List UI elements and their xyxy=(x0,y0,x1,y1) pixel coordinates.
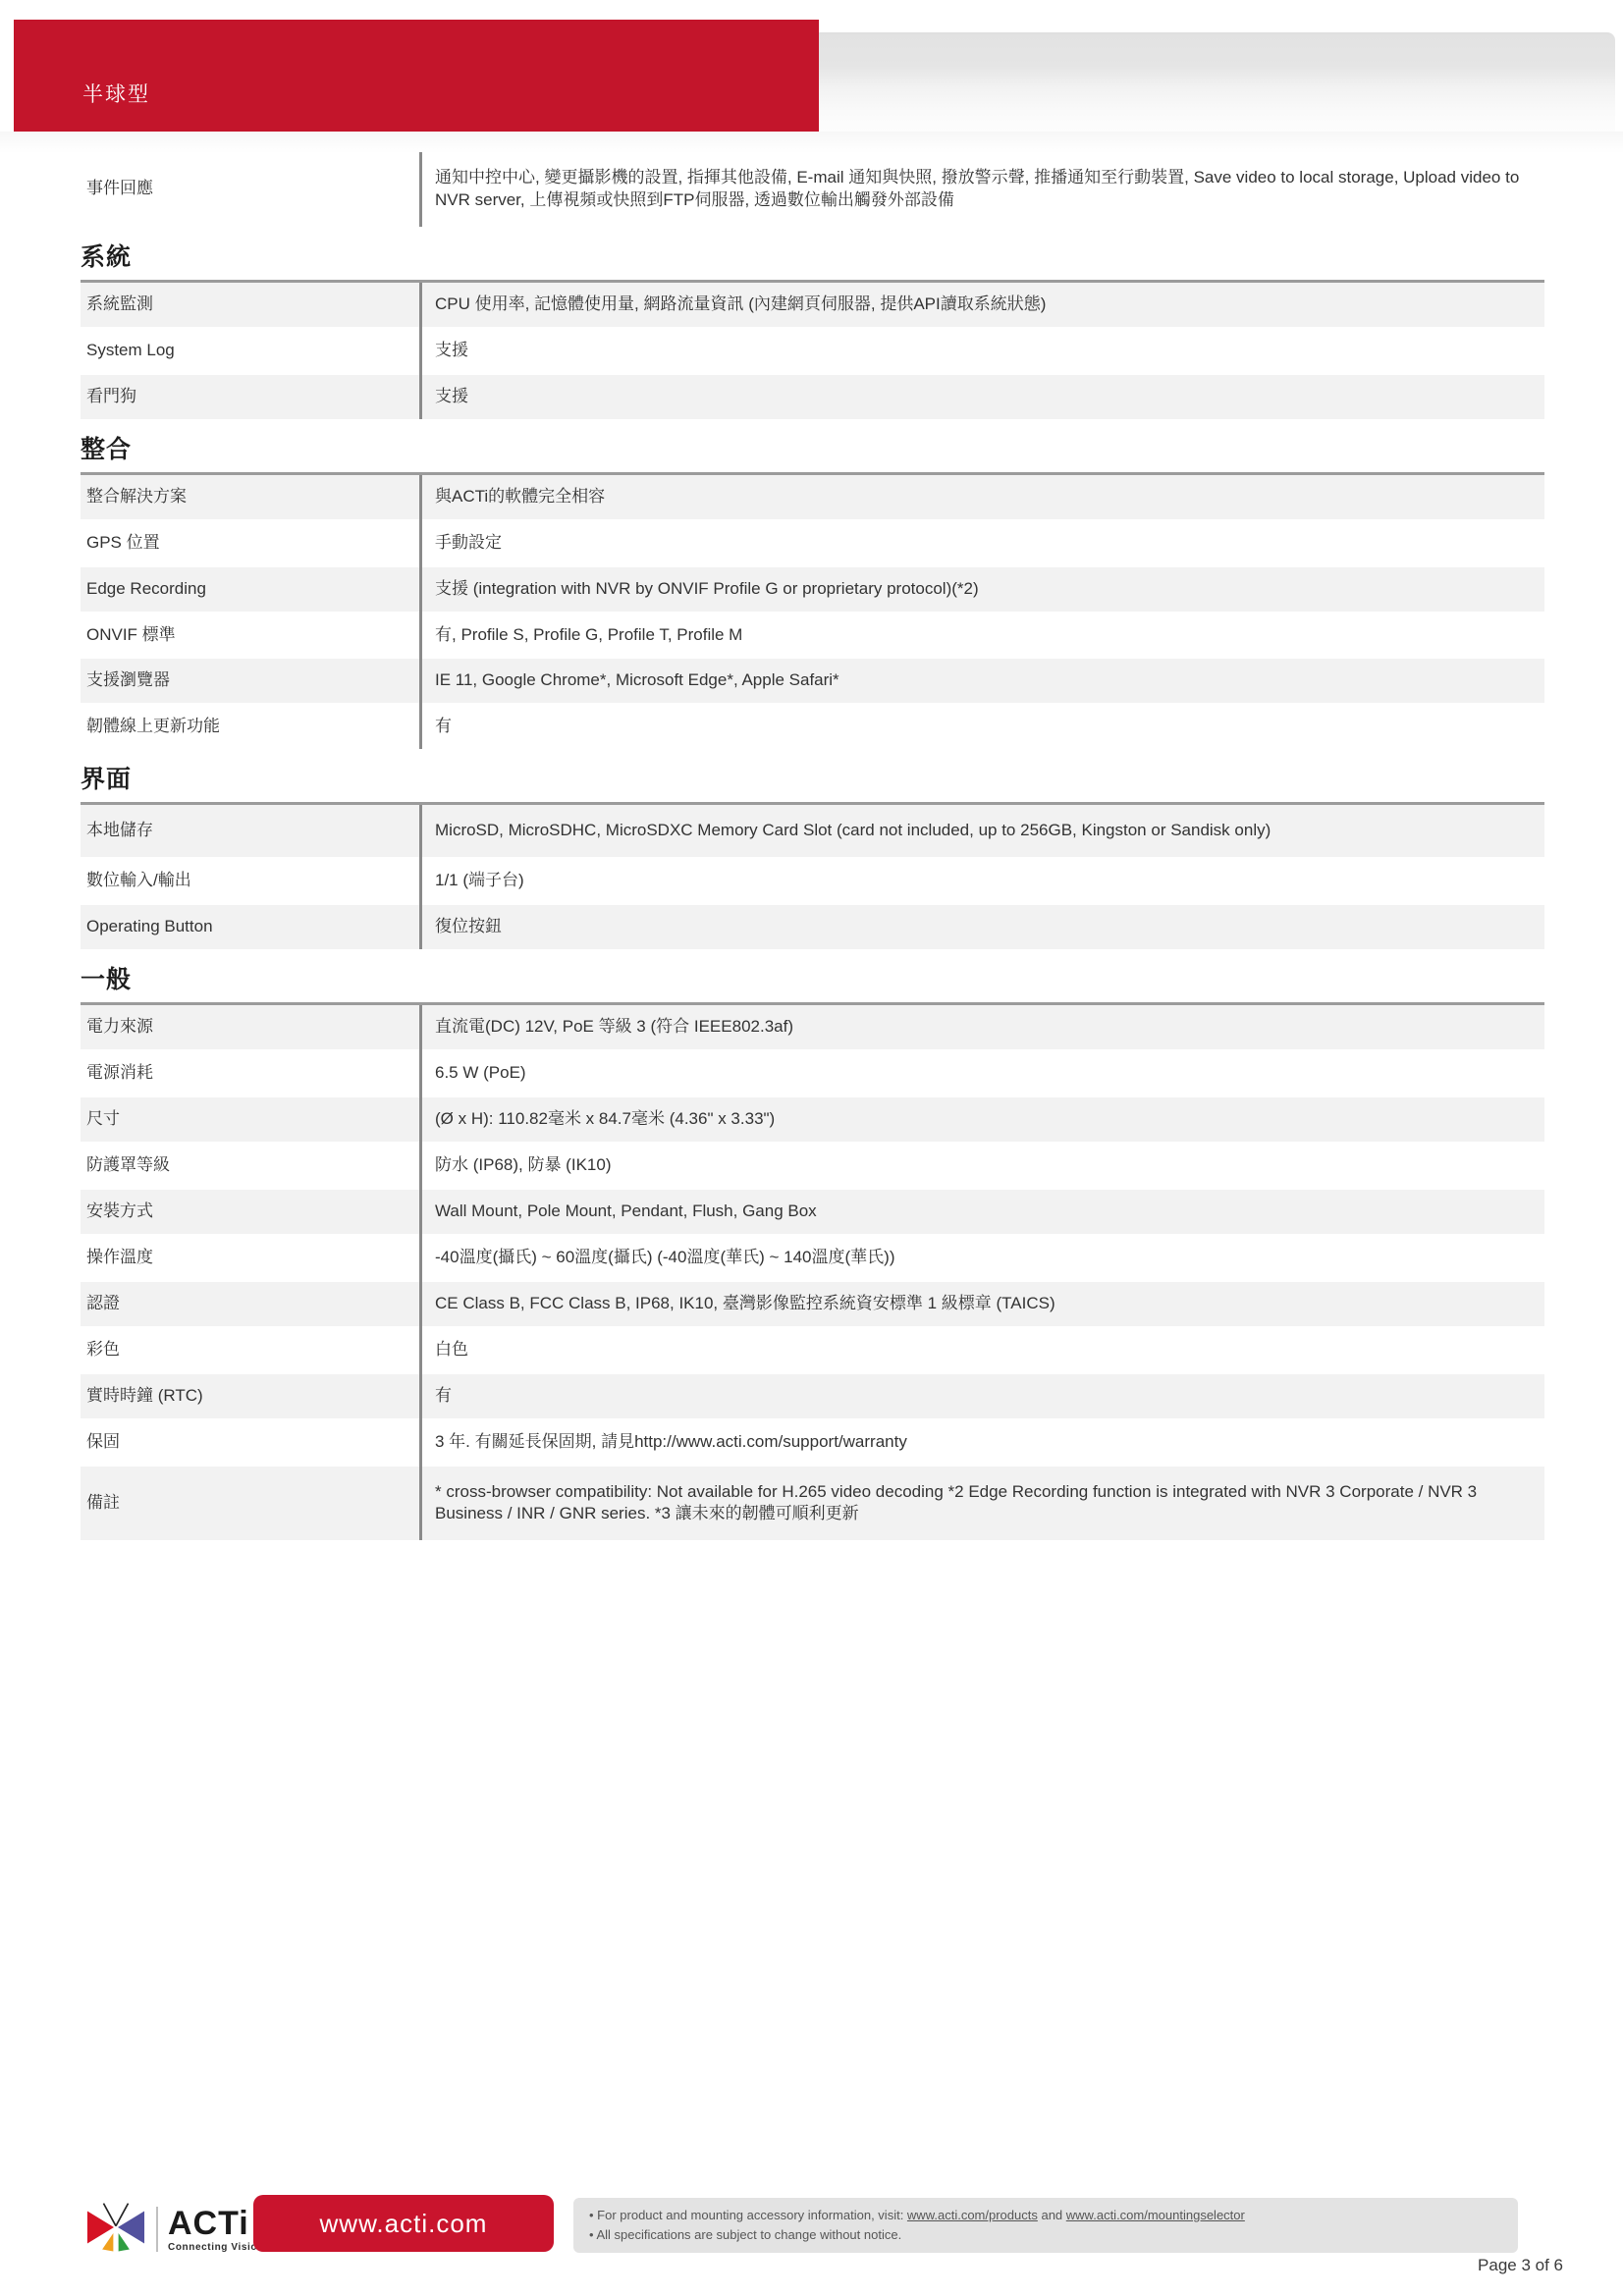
spec-row: System Log 支援 xyxy=(81,329,1544,375)
spec-table: 整合解決方案 與ACTi的軟體完全相容 GPS 位置 手動設定 Edge Rec… xyxy=(81,472,1544,750)
logo-divider xyxy=(156,2207,158,2252)
section-title: 整合 xyxy=(81,435,1544,464)
spec-label: 支援瀏覽器 xyxy=(81,659,419,703)
section-title: 系統 xyxy=(81,242,1544,272)
banner-under-strip xyxy=(0,132,1623,153)
spec-label: 電力來源 xyxy=(81,1005,419,1049)
footer-note-line1: • For product and mounting accessory inf… xyxy=(589,2206,1502,2225)
spec-value: 與ACTi的軟體完全相容 xyxy=(419,475,1544,519)
footer-note-line2: • All specifications are subject to chan… xyxy=(589,2225,1502,2245)
spec-table: 本地儲存 MicroSD, MicroSDHC, MicroSDXC Memor… xyxy=(81,802,1544,949)
spec-row: 備註 * cross-browser compatibility: Not av… xyxy=(81,1467,1544,1541)
spec-value: 白色 xyxy=(419,1328,1544,1372)
spec-value: 支援 (integration with NVR by ONVIF Profil… xyxy=(419,567,1544,612)
spec-row: 數位輸入/輸出 1/1 (端子台) xyxy=(81,859,1544,905)
note1-prefix: • For product and mounting accessory inf… xyxy=(589,2208,907,2222)
spec-label: 安裝方式 xyxy=(81,1190,419,1234)
spec-label: Edge Recording xyxy=(81,567,419,612)
spec-content: 事件回應 通知中控中心, 變更攝影機的設置, 指揮其他設備, E-mail 通知… xyxy=(81,152,1544,1540)
spec-value: (Ø x H): 110.82毫米 x 84.7毫米 (4.36" x 3.33… xyxy=(419,1097,1544,1142)
spec-table: 系統監測 CPU 使用率, 記憶體使用量, 網路流量資訊 (內建網頁伺服器, 提… xyxy=(81,280,1544,419)
spec-row: 電源消耗 6.5 W (PoE) xyxy=(81,1051,1544,1097)
spec-label: 電源消耗 xyxy=(81,1051,419,1095)
spec-value: IE 11, Google Chrome*, Microsoft Edge*, … xyxy=(419,659,1544,703)
spec-label: 數位輸入/輸出 xyxy=(81,859,419,903)
spec-row: 實時時鐘 (RTC) 有 xyxy=(81,1374,1544,1420)
acti-butterfly-icon xyxy=(83,2200,148,2259)
spec-value: 支援 xyxy=(419,375,1544,419)
spec-row: 系統監測 CPU 使用率, 記憶體使用量, 網路流量資訊 (內建網頁伺服器, 提… xyxy=(81,283,1544,329)
spec-label: 本地儲存 xyxy=(81,805,419,857)
spec-row: 電力來源 直流電(DC) 12V, PoE 等級 3 (符合 IEEE802.3… xyxy=(81,1005,1544,1051)
spec-label: 事件回應 xyxy=(81,152,419,227)
spec-label: 防護罩等級 xyxy=(81,1144,419,1188)
spec-value: 復位按鈕 xyxy=(419,905,1544,949)
spec-value: 有, Profile S, Profile G, Profile T, Prof… xyxy=(419,614,1544,658)
spec-row: 防護罩等級 防水 (IP68), 防暴 (IK10) xyxy=(81,1144,1544,1190)
spec-value: 有 xyxy=(419,705,1544,749)
spec-value: 有 xyxy=(419,1374,1544,1418)
spec-label: 韌體線上更新功能 xyxy=(81,705,419,749)
spec-label: System Log xyxy=(81,329,419,373)
spec-row: 韌體線上更新功能 有 xyxy=(81,705,1544,749)
spec-value: 支援 xyxy=(419,329,1544,373)
spec-section: 一般 電力來源 直流電(DC) 12V, PoE 等級 3 (符合 IEEE80… xyxy=(81,965,1544,1540)
logo-text: ACTi xyxy=(168,2207,264,2240)
spec-row: 認證 CE Class B, FCC Class B, IP68, IK10, … xyxy=(81,1282,1544,1328)
section-title: 一般 xyxy=(81,965,1544,994)
spec-row: 整合解決方案 與ACTi的軟體完全相容 xyxy=(81,475,1544,521)
spec-row: ONVIF 標準 有, Profile S, Profile G, Profil… xyxy=(81,614,1544,660)
spec-label: Operating Button xyxy=(81,905,419,949)
logo-wordmark: ACTi Connecting Vision xyxy=(168,2207,264,2253)
spec-value: 防水 (IP68), 防暴 (IK10) xyxy=(419,1144,1544,1188)
top-right-tab-shape xyxy=(778,32,1615,132)
spec-row: 看門狗 支援 xyxy=(81,375,1544,419)
page-title: 半球型 xyxy=(82,79,150,108)
spec-value: CPU 使用率, 記憶體使用量, 網路流量資訊 (內建網頁伺服器, 提供API讀… xyxy=(419,283,1544,327)
header-red-bar: 半球型 xyxy=(14,20,819,132)
spec-value: * cross-browser compatibility: Not avail… xyxy=(419,1467,1544,1541)
spec-row: 操作溫度 -40溫度(攝氏) ~ 60溫度(攝氏) (-40溫度(華氏) ~ 1… xyxy=(81,1236,1544,1282)
spec-table: 事件回應 通知中控中心, 變更攝影機的設置, 指揮其他設備, E-mail 通知… xyxy=(81,152,1544,227)
spec-row: 尺寸 (Ø x H): 110.82毫米 x 84.7毫米 (4.36" x 3… xyxy=(81,1097,1544,1144)
spec-label: 操作溫度 xyxy=(81,1236,419,1280)
spec-section: 系統 系統監測 CPU 使用率, 記憶體使用量, 網路流量資訊 (內建網頁伺服器… xyxy=(81,242,1544,419)
spec-row: Operating Button 復位按鈕 xyxy=(81,905,1544,949)
spec-row: 安裝方式 Wall Mount, Pole Mount, Pendant, Fl… xyxy=(81,1190,1544,1236)
spec-row: Edge Recording 支援 (integration with NVR … xyxy=(81,567,1544,614)
spec-label: 備註 xyxy=(81,1467,419,1541)
spec-value: 3 年. 有關延長保固期, 請見http://www.acti.com/supp… xyxy=(419,1420,1544,1465)
spec-table: 電力來源 直流電(DC) 12V, PoE 等級 3 (符合 IEEE802.3… xyxy=(81,1002,1544,1540)
spec-row: 彩色 白色 xyxy=(81,1328,1544,1374)
spec-value: 6.5 W (PoE) xyxy=(419,1051,1544,1095)
products-link[interactable]: www.acti.com/products xyxy=(907,2208,1038,2222)
spec-value: 手動設定 xyxy=(419,521,1544,565)
spec-label: 實時時鐘 (RTC) xyxy=(81,1374,419,1418)
website-button[interactable]: www.acti.com xyxy=(253,2195,554,2252)
note1-middle: and xyxy=(1038,2208,1066,2222)
spec-value: 直流電(DC) 12V, PoE 等級 3 (符合 IEEE802.3af) xyxy=(419,1005,1544,1049)
spec-section: 事件回應 通知中控中心, 變更攝影機的設置, 指揮其他設備, E-mail 通知… xyxy=(81,152,1544,227)
spec-section: 整合 整合解決方案 與ACTi的軟體完全相容 GPS 位置 手動設定 Edge … xyxy=(81,435,1544,750)
acti-logo: ACTi Connecting Vision xyxy=(83,2199,264,2260)
spec-row: 支援瀏覽器 IE 11, Google Chrome*, Microsoft E… xyxy=(81,659,1544,705)
logo-tagline: Connecting Vision xyxy=(168,2243,264,2253)
spec-label: 系統監測 xyxy=(81,283,419,327)
page-number: Page 3 of 6 xyxy=(1478,2256,1563,2275)
spec-value: CE Class B, FCC Class B, IP68, IK10, 臺灣影… xyxy=(419,1282,1544,1326)
footer-notes-box: • For product and mounting accessory inf… xyxy=(573,2198,1518,2253)
spec-label: 整合解決方案 xyxy=(81,475,419,519)
spec-label: ONVIF 標準 xyxy=(81,614,419,658)
spec-value: MicroSD, MicroSDHC, MicroSDXC Memory Car… xyxy=(419,805,1544,857)
spec-value: -40溫度(攝氏) ~ 60溫度(攝氏) (-40溫度(華氏) ~ 140溫度(… xyxy=(419,1236,1544,1280)
spec-row: 事件回應 通知中控中心, 變更攝影機的設置, 指揮其他設備, E-mail 通知… xyxy=(81,152,1544,227)
spec-label: 尺寸 xyxy=(81,1097,419,1142)
spec-label: 認證 xyxy=(81,1282,419,1326)
spec-row: 保固 3 年. 有關延長保固期, 請見http://www.acti.com/s… xyxy=(81,1420,1544,1467)
spec-row: 本地儲存 MicroSD, MicroSDHC, MicroSDXC Memor… xyxy=(81,805,1544,859)
spec-value: Wall Mount, Pole Mount, Pendant, Flush, … xyxy=(419,1190,1544,1234)
spec-value: 通知中控中心, 變更攝影機的設置, 指揮其他設備, E-mail 通知與快照, … xyxy=(419,152,1544,227)
spec-row: GPS 位置 手動設定 xyxy=(81,521,1544,567)
spec-label: GPS 位置 xyxy=(81,521,419,565)
spec-label: 保固 xyxy=(81,1420,419,1465)
mountingselector-link[interactable]: www.acti.com/mountingselector xyxy=(1066,2208,1245,2222)
section-title: 界面 xyxy=(81,765,1544,794)
spec-label: 彩色 xyxy=(81,1328,419,1372)
spec-value: 1/1 (端子台) xyxy=(419,859,1544,903)
spec-label: 看門狗 xyxy=(81,375,419,419)
spec-section: 界面 本地儲存 MicroSD, MicroSDHC, MicroSDXC Me… xyxy=(81,765,1544,949)
